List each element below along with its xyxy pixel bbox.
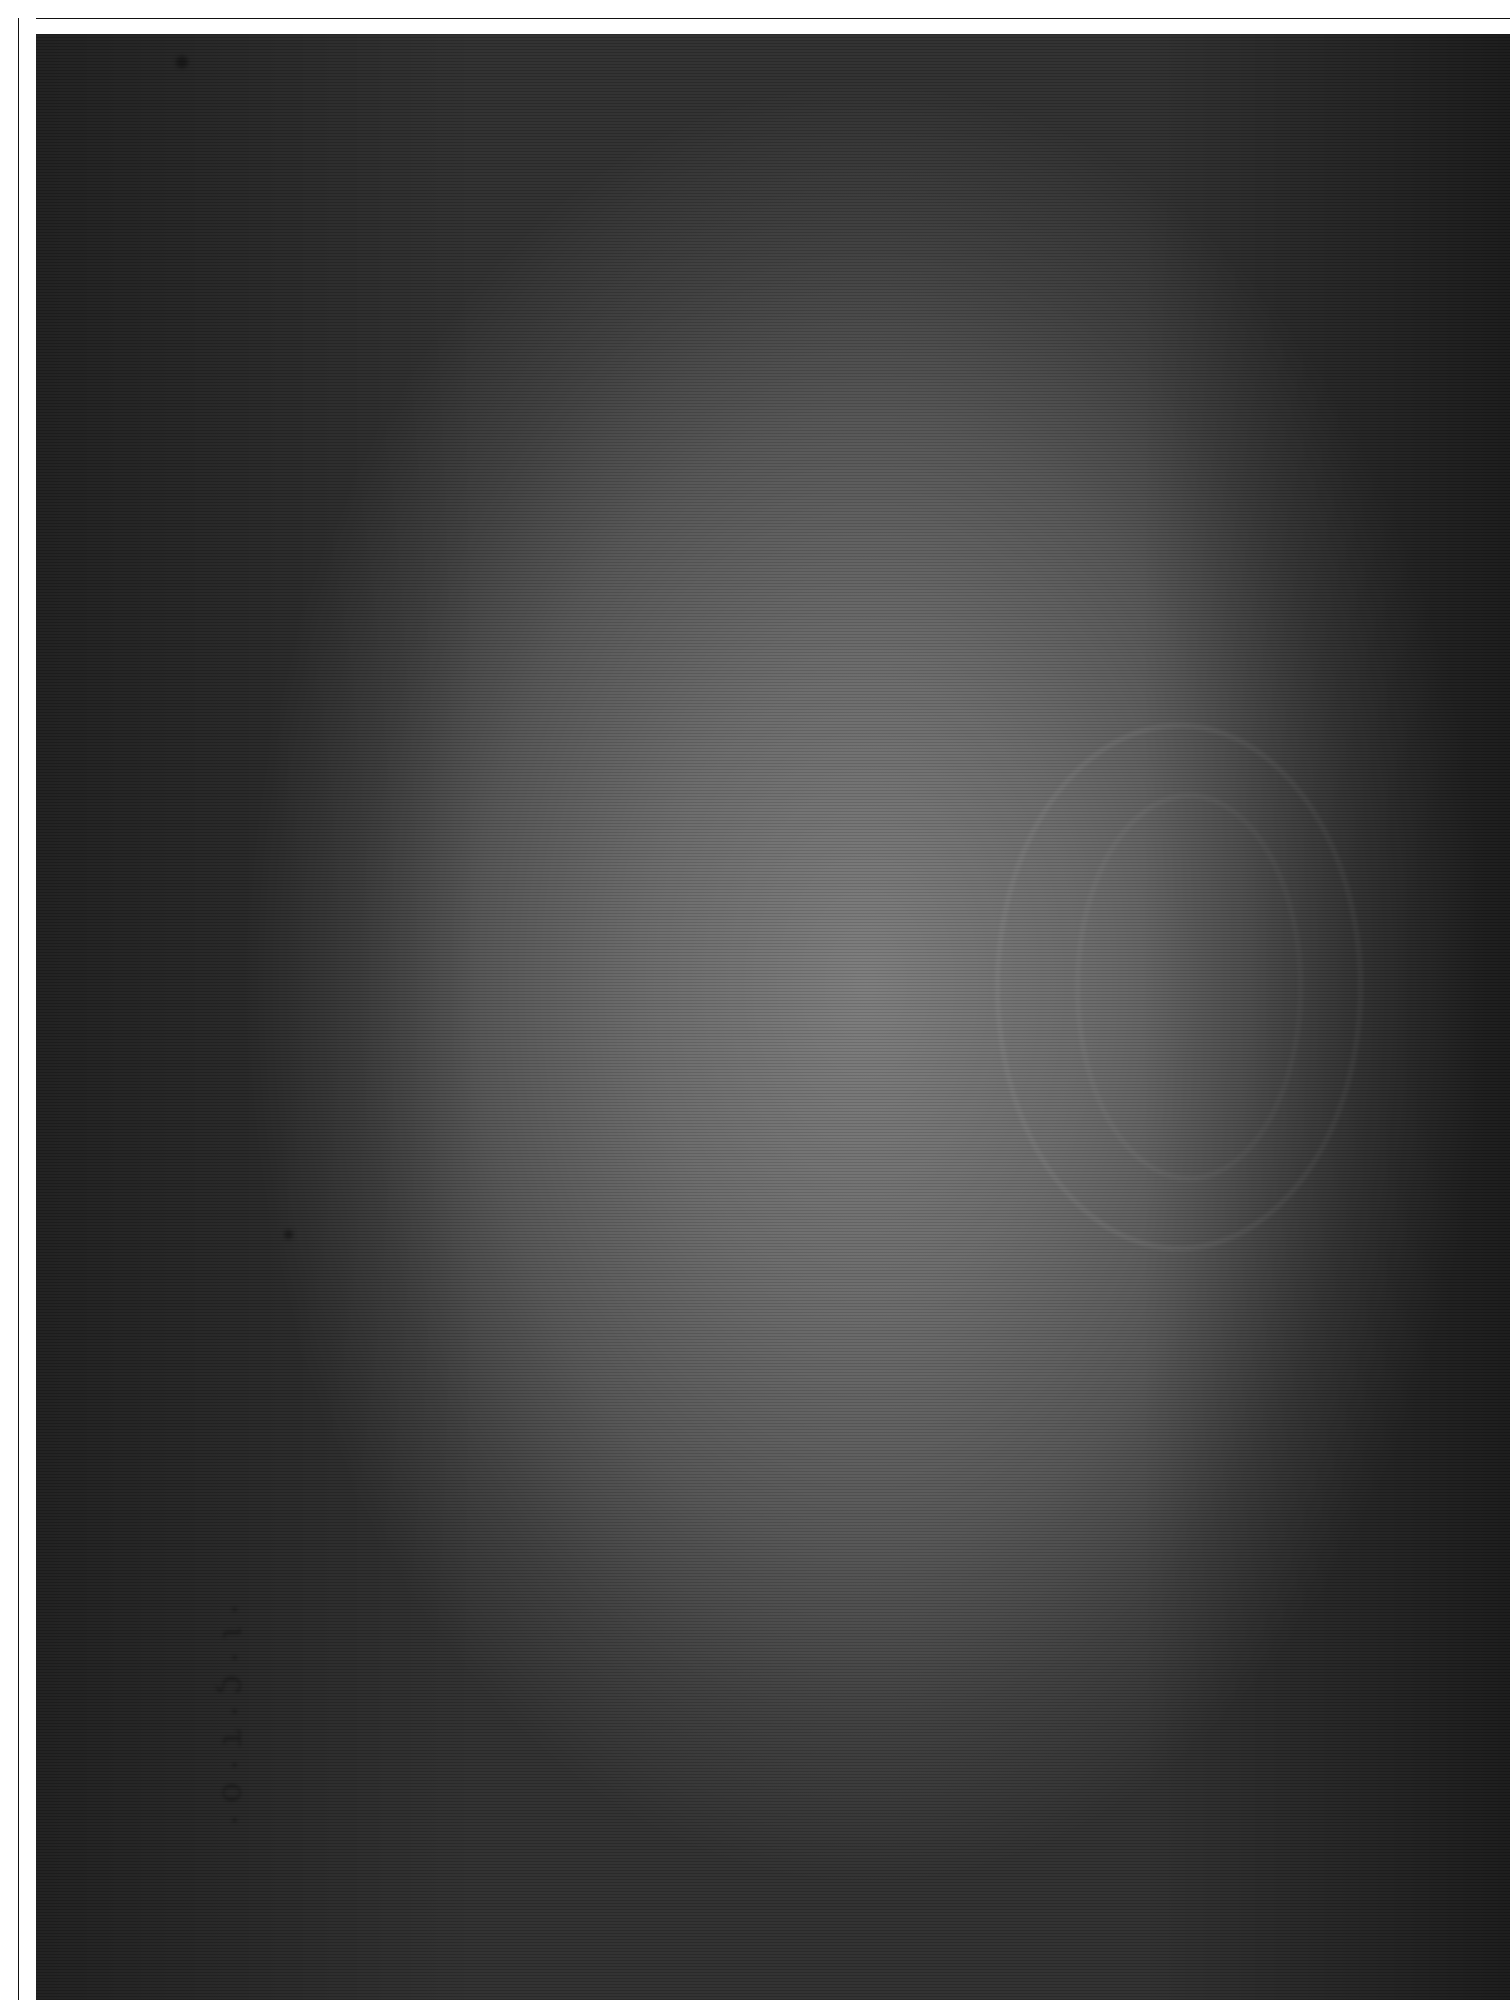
top-ruler-baseline: [18, 18, 1510, 19]
left-ruler-baseline: [18, 18, 19, 2000]
manuscript-page-image: ·ι·ς·τ·ο·: [36, 34, 1510, 2000]
left-ruler: [0, 18, 36, 2000]
vignette: [36, 34, 1510, 2000]
top-ruler: [18, 0, 1510, 34]
